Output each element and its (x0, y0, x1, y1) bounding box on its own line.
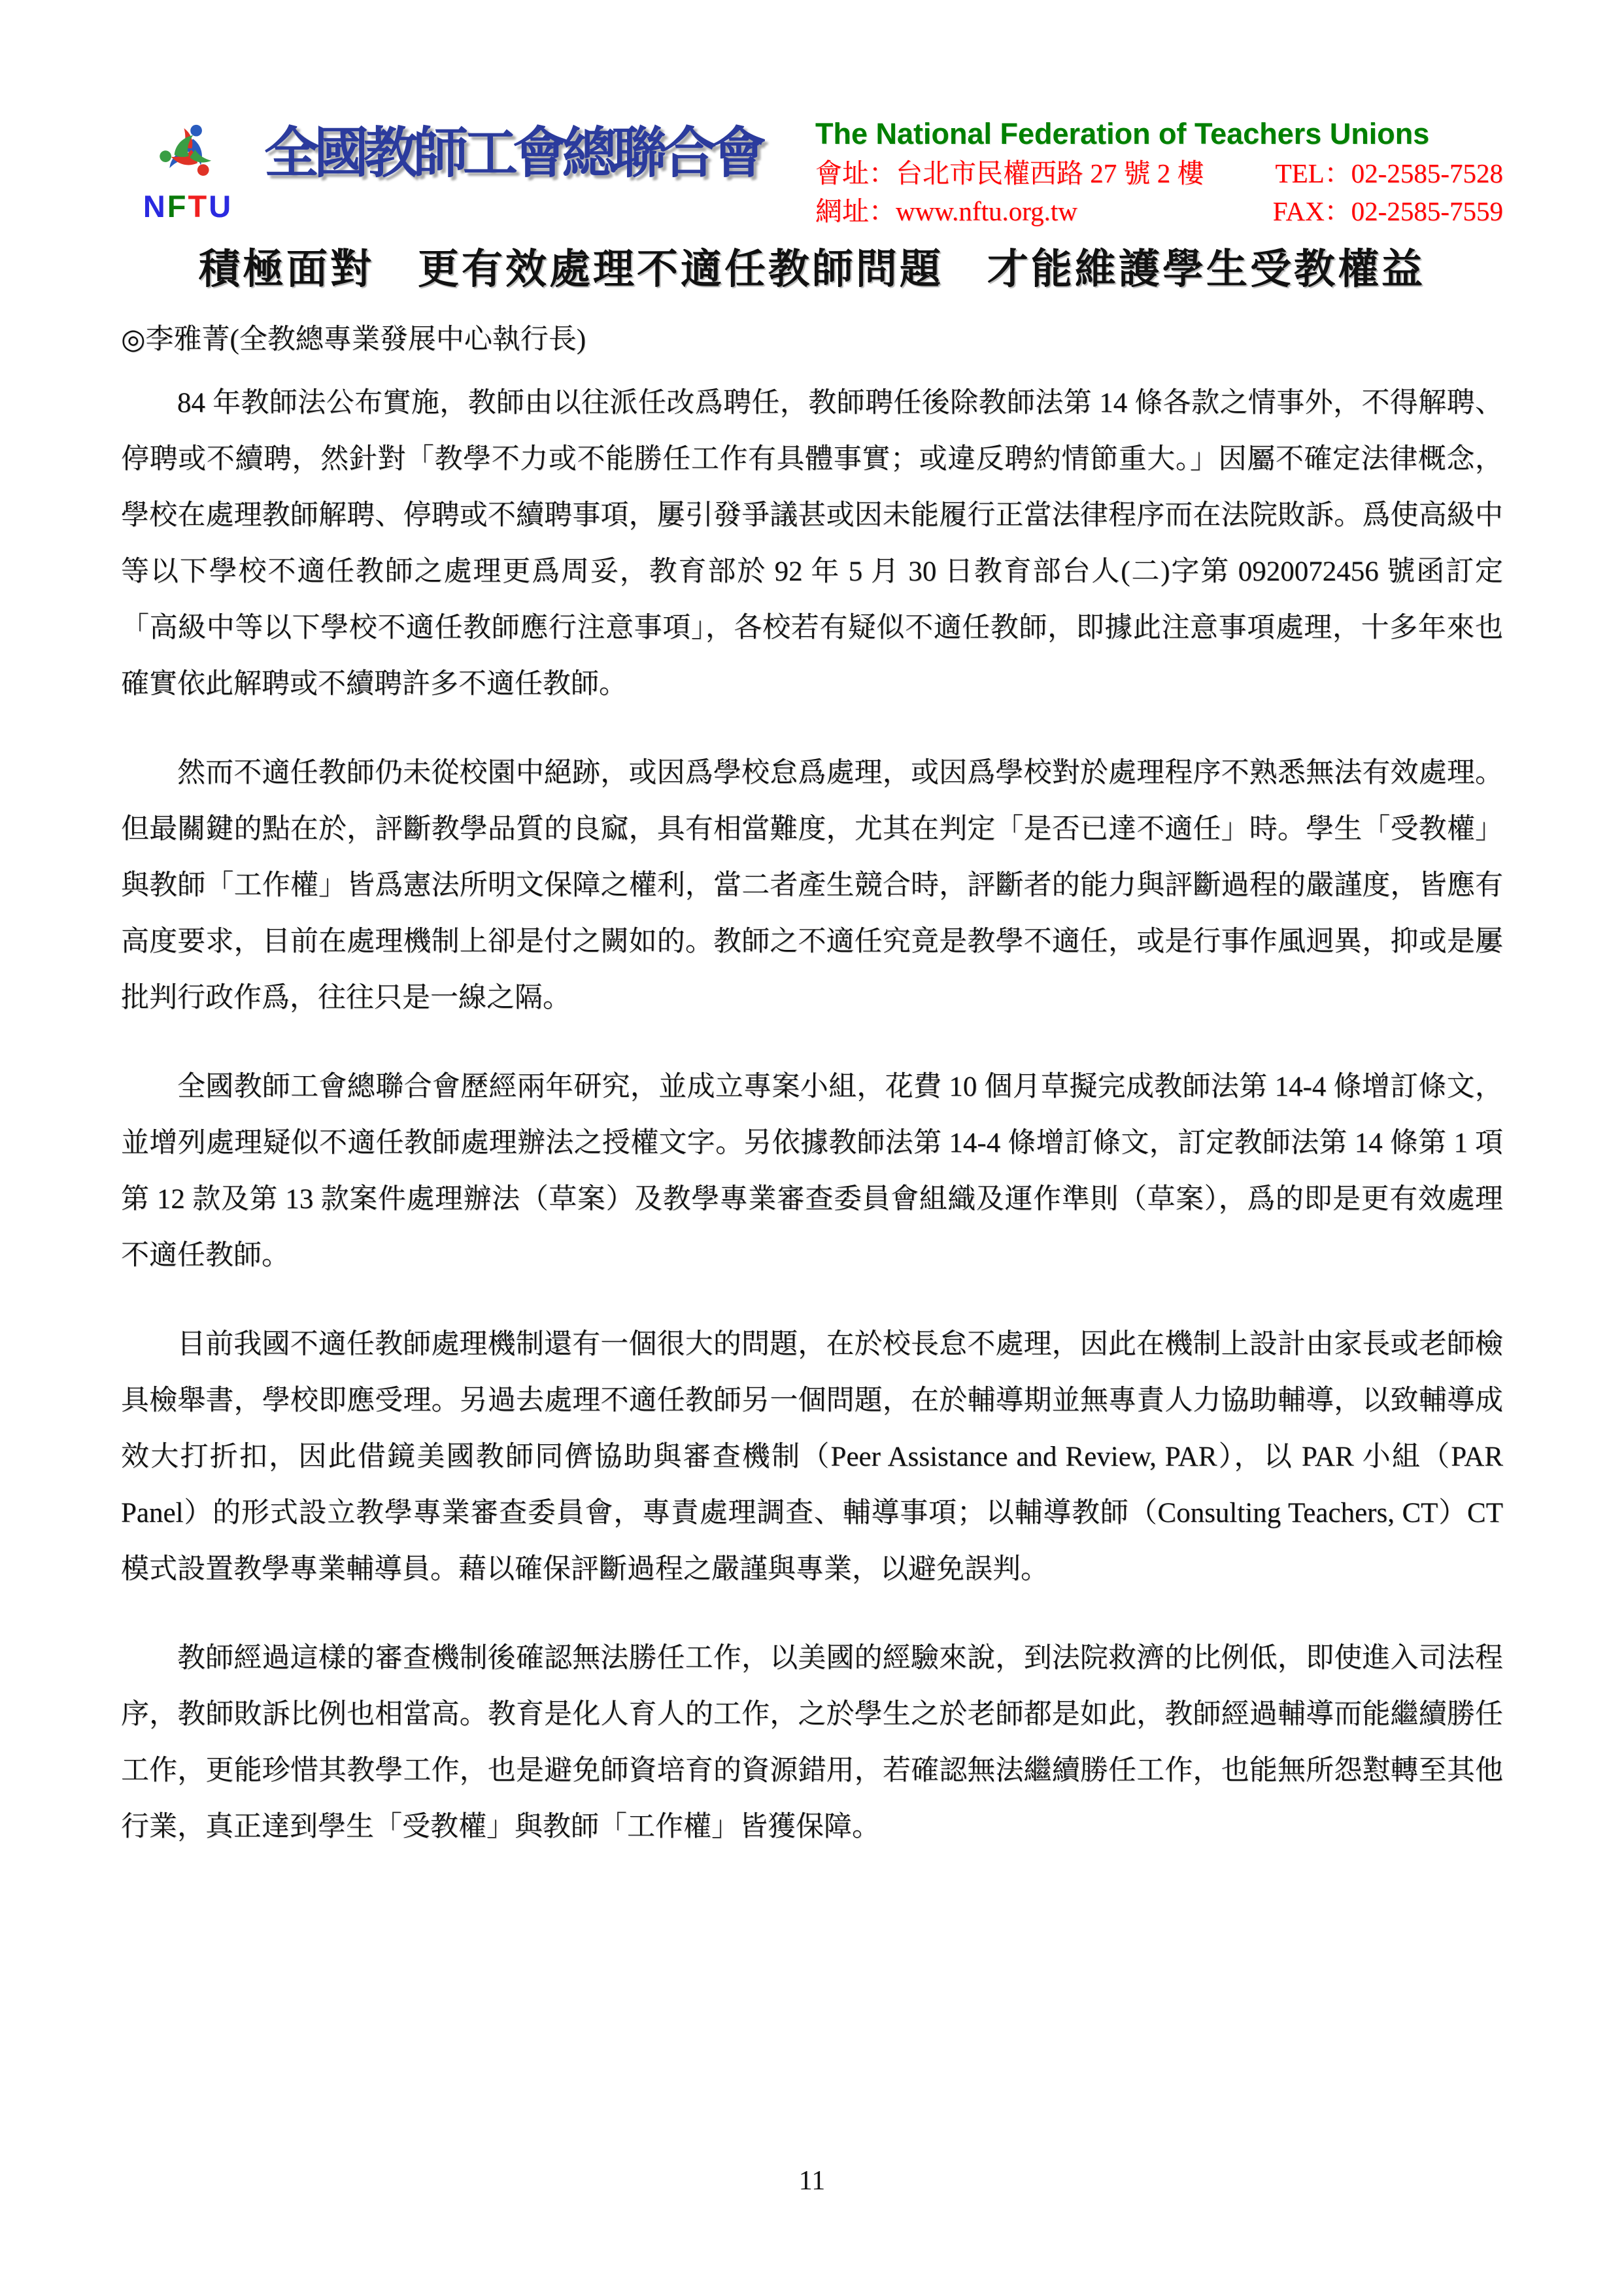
body-paragraph: 目前我國不適任教師處理機制還有一個很大的問題，在於校長怠不處理，因此在機制上設計… (121, 1317, 1503, 1598)
org-name-english: The National Federation of Teachers Unio… (815, 118, 1503, 150)
org-name-chinese: 全國教師工會總聯合會 (264, 122, 761, 187)
nftu-letter: F (167, 189, 188, 224)
org-fax: FAX：02-2585-7559 (1273, 197, 1503, 226)
nftu-letter: U (209, 189, 233, 224)
org-tel: TEL：02-2585-7528 (1276, 159, 1503, 188)
body-paragraph: 然而不適任教師仍未從校園中絕跡，或因爲學校怠爲處理，或因爲學校對於處理程序不熟悉… (121, 745, 1503, 1026)
body-paragraph: 全國教師工會總聯合會歷經兩年研究，並成立專案小組，花費 10 個月草擬完成教師法… (121, 1059, 1503, 1284)
contact-row-1: 會址：台北市民權西路 27 號 2 樓 TEL：02-2585-7528 (815, 159, 1503, 188)
contact-row-2: 網址：www.nftu.org.tw FAX：02-2585-7559 (815, 197, 1503, 226)
article-author: ◎李雅菁(全教總專業發展中心執行長) (121, 322, 1503, 358)
org-address: 會址：台北市民權西路 27 號 2 樓 (815, 159, 1204, 188)
document-page: NFTU 全國教師工會總聯合會 The National Federation … (0, 0, 1624, 2294)
article-title: 積極面對 更有效處理不適任教師問題 才能維護學生受教權益 (121, 246, 1503, 293)
nftu-logo-letters: NFTU (143, 191, 233, 222)
body-paragraph: 84 年教師法公布實施，教師由以往派任改爲聘任，教師聘任後除教師法第 14 條各… (121, 375, 1503, 713)
body-paragraph: 教師經過這樣的審查機制後確認無法勝任工作，以美國的經驗來說，到法院救濟的比例低，… (121, 1630, 1503, 1855)
nftu-letter: T (188, 189, 209, 224)
header-contact-block: The National Federation of Teachers Unio… (815, 118, 1503, 226)
nftu-logo: NFTU (121, 112, 255, 222)
page-number: 11 (0, 2165, 1624, 2197)
page-header: NFTU 全國教師工會總聯合會 The National Federation … (121, 111, 1503, 226)
org-website: 網址：www.nftu.org.tw (815, 197, 1077, 226)
nftu-letter: N (143, 189, 167, 224)
nftu-logo-icon (150, 112, 227, 190)
article-body: 84 年教師法公布實施，教師由以往派任改爲聘任，教師聘任後除教師法第 14 條各… (121, 375, 1503, 1855)
